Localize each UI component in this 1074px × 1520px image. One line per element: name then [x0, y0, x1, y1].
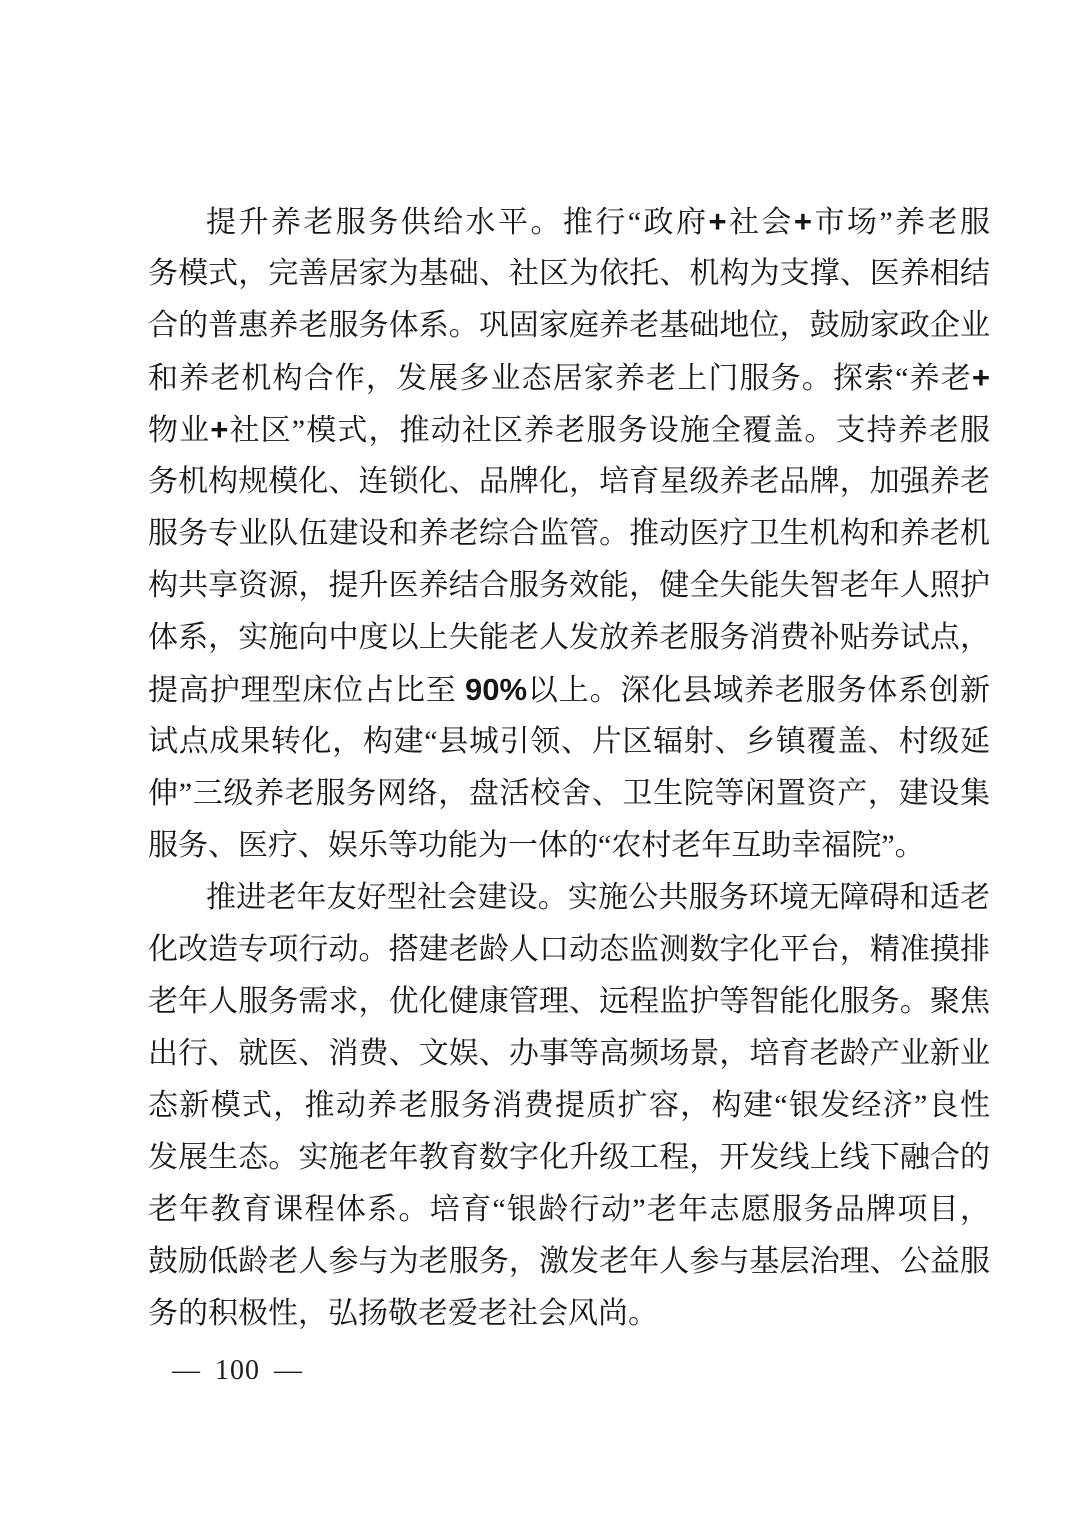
text-line: 推进老年友好型社会建设。实施公共服务环境无障碍和适老 [148, 872, 990, 924]
text-line: 态新模式，推动养老服务消费提质扩容，构建“银发经济”良性 [148, 1080, 990, 1132]
text-line: 务模式，完善居家为基础、社区为依托、机构为支撑、医养相结 [148, 248, 990, 300]
text-line: 出行、就医、消费、文娱、办事等高频场景，培育老龄产业新业 [148, 1028, 990, 1080]
document-body: 提升养老服务供给水平。推行“政府+社会+市场”养老服务模式，完善居家为基础、社区… [148, 196, 990, 1340]
text-line: 物业+社区”模式，推动社区养老服务设施全覆盖。支持养老服 [148, 404, 990, 456]
text-line: 服务专业队伍建设和养老综合监管。推动医疗卫生机构和养老机 [148, 508, 990, 560]
page-number: — 100 — [172, 1356, 303, 1386]
text-line: 和养老机构合作，发展多业态居家养老上门服务。探索“养老+ [148, 352, 990, 404]
text-line: 服务、医疗、娱乐等功能为一体的“农村老年互助幸福院”。 [148, 820, 990, 872]
document-page: 提升养老服务供给水平。推行“政府+社会+市场”养老服务模式，完善居家为基础、社区… [0, 0, 1074, 1520]
emphasized-number: + [210, 412, 228, 447]
text-line: 合的普惠养老服务体系。巩固家庭养老基础地位，鼓励家政企业 [148, 300, 990, 352]
text-line: 务的积极性，弘扬敬老爱老社会风尚。 [148, 1288, 990, 1340]
text-line: 鼓励低龄老人参与为老服务，激发老年人参与基层治理、公益服 [148, 1236, 990, 1288]
text-line: 发展生态。实施老年教育数字化升级工程，开发线上线下融合的 [148, 1132, 990, 1184]
text-line: 化改造专项行动。搭建老龄人口动态监测数字化平台，精准摸排 [148, 924, 990, 976]
text-line: 伸”三级养老服务网络，盘活校舍、卫生院等闲置资产，建设集 [148, 768, 990, 820]
text-line: 提升养老服务供给水平。推行“政府+社会+市场”养老服 [148, 196, 990, 248]
emphasized-number: + [708, 204, 726, 239]
text-line: 务机构规模化、连锁化、品牌化，培育星级养老品牌，加强养老 [148, 456, 990, 508]
text-line: 老年人服务需求，优化健康管理、远程监护等智能化服务。聚焦 [148, 976, 990, 1028]
text-line: 体系，实施向中度以上失能老人发放养老服务消费补贴券试点， [148, 612, 990, 664]
text-line: 试点成果转化，构建“县城引领、片区辐射、乡镇覆盖、村级延 [148, 716, 990, 768]
emphasized-number: + [794, 204, 812, 239]
text-line: 提高护理型床位占比至 90%以上。深化县域养老服务体系创新 [148, 664, 990, 716]
emphasized-number: 90% [465, 672, 527, 707]
text-line: 老年教育课程体系。培育“银龄行动”老年志愿服务品牌项目， [148, 1184, 990, 1236]
emphasized-number: + [972, 360, 990, 395]
text-line: 构共享资源，提升医养结合服务效能，健全失能失智老年人照护 [148, 560, 990, 612]
